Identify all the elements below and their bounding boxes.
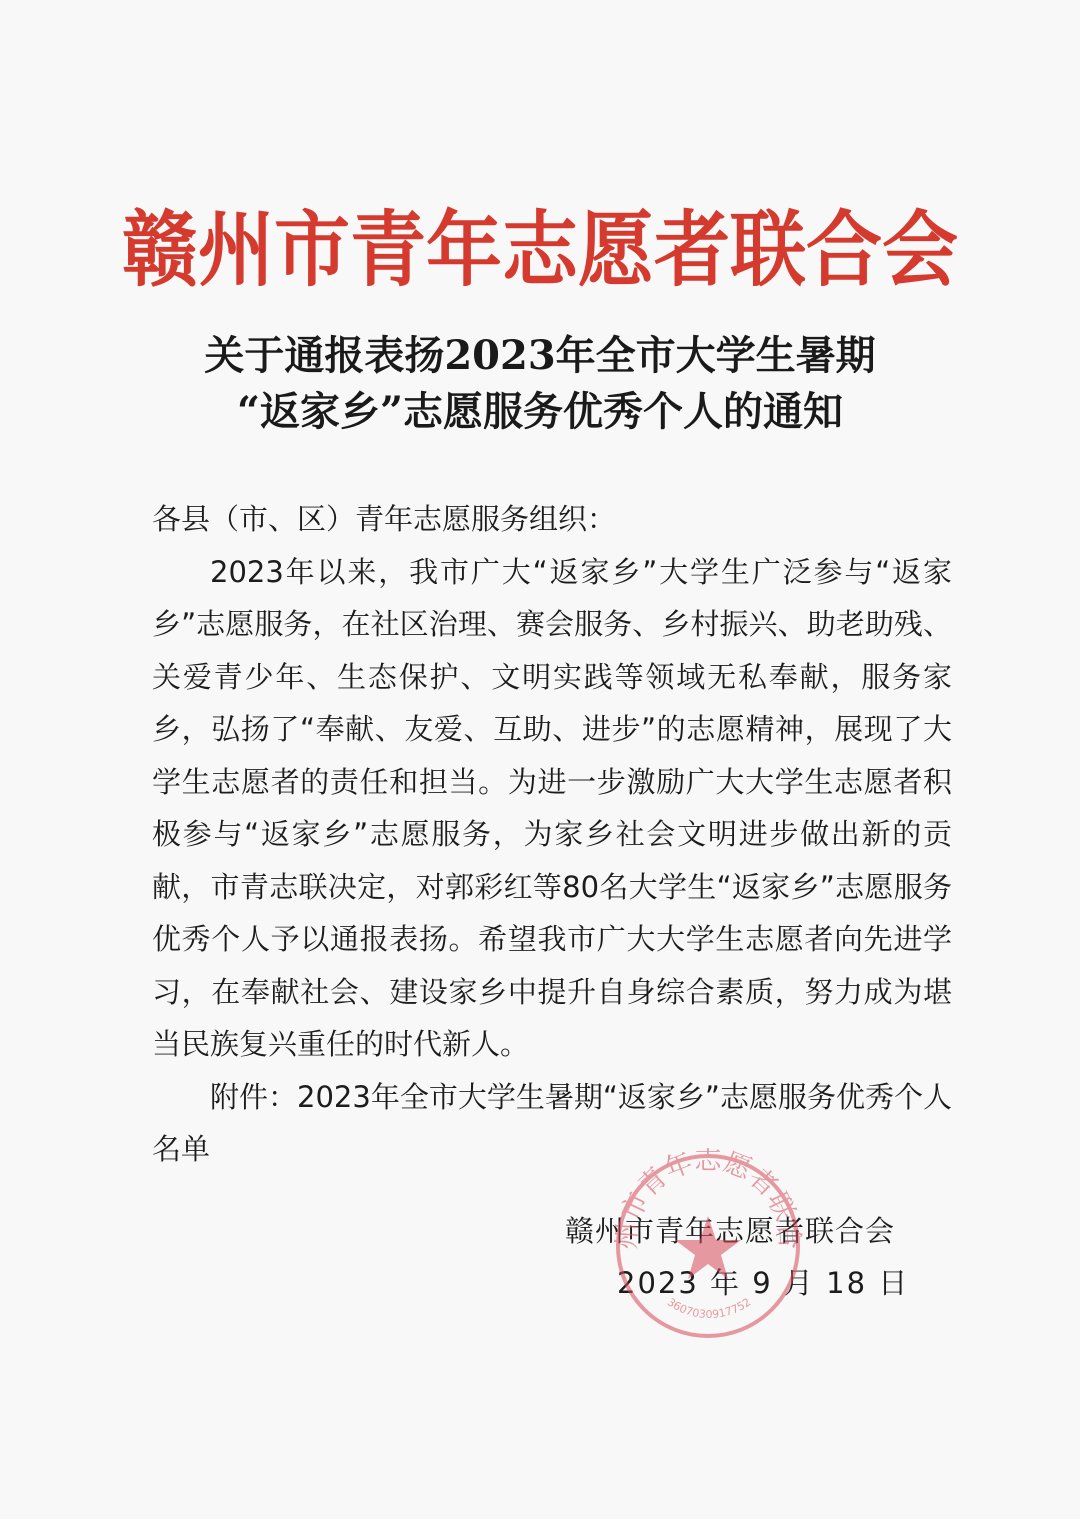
signature-date: 2023 年 9 月 18 日	[565, 1257, 909, 1309]
title-line-1: 关于通报表扬2023年全市大学生暑期	[0, 328, 1080, 384]
document-page: 赣州市青年志愿者联合会 关于通报表扬2023年全市大学生暑期 “返家乡”志愿服务…	[0, 0, 1080, 1519]
document-body: 各县（市、区）青年志愿服务组织： 2023年以来，我市广大“返家乡”大学生广泛参…	[152, 493, 952, 1176]
org-header: 赣州市青年志愿者联合会	[0, 201, 1080, 298]
main-paragraph: 2023年以来，我市广大“返家乡”大学生广泛参与“返家乡”志愿服务，在社区治理、…	[152, 546, 952, 1071]
signature-organization: 赣州市青年志愿者联合会	[565, 1205, 909, 1257]
title-line-2: “返家乡”志愿服务优秀个人的通知	[0, 384, 1080, 440]
document-title: 关于通报表扬2023年全市大学生暑期 “返家乡”志愿服务优秀个人的通知	[0, 328, 1080, 440]
salutation: 各县（市、区）青年志愿服务组织：	[152, 493, 952, 546]
signature-block: 赣州市青年志愿者联合会 2023 年 9 月 18 日	[565, 1205, 909, 1309]
attachment-note: 附件：2023年全市大学生暑期“返家乡”志愿服务优秀个人名单	[152, 1071, 952, 1176]
